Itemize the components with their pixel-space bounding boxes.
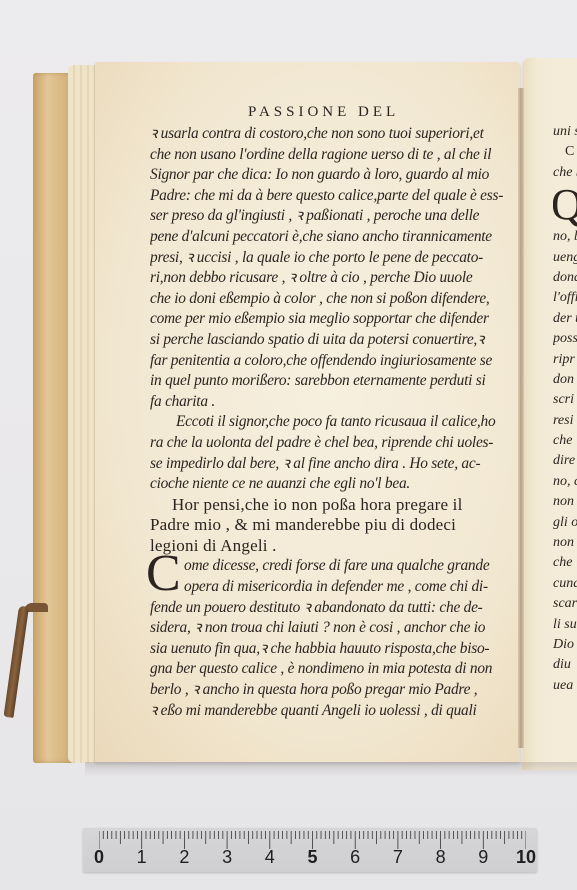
text-line: che io doni eßempio à color , che non si… — [150, 289, 510, 310]
text-line: se impedirlo dal bere, ꝛ al fine ancho d… — [150, 454, 510, 475]
text-line: ser preso da gl'ingiusti , ꝛ paßionati ,… — [150, 206, 510, 227]
text-line: uni sol — [553, 122, 577, 142]
paragraph-3-roman: Hor pensi,che io non poßa hora pregare i… — [150, 495, 510, 557]
text-line: resi — [553, 411, 577, 431]
text-line: dire — [553, 451, 577, 471]
book-gutter — [518, 88, 524, 748]
text-line: scar — [553, 594, 577, 614]
text-line: che — [553, 431, 577, 451]
text-line: non — [553, 492, 577, 512]
ruler-label: 0 — [94, 847, 104, 868]
ruler-label: 7 — [393, 847, 403, 868]
text-line: Eccoti il signor,che poco fa tanto ricus… — [150, 412, 510, 433]
text-line: l'offi — [553, 288, 577, 308]
ruler-label: 1 — [137, 847, 147, 868]
text-line: ꝛ eßo mi manderebbe quanti Angeli io uol… — [150, 701, 510, 722]
text-line: Padre: che mi da à bere questo calice,pa… — [150, 186, 510, 207]
text-line: ri,non debbo ricusare , ꝛ oltre à cio , … — [150, 268, 510, 289]
ruler-label: 10 — [516, 847, 536, 868]
text-line: der t — [553, 309, 577, 329]
text-line: li su — [553, 615, 577, 635]
text-line: berlo , ꝛ ancho in questa hora poßo preg… — [150, 680, 510, 701]
text-line: donar — [553, 268, 577, 288]
text-line: in quel punto morißero: sarebbon eternam… — [150, 371, 510, 392]
text-line: scri — [553, 390, 577, 410]
text-line: don — [553, 370, 577, 390]
text-line: pene d'alcuni peccatori è,che siano anch… — [150, 227, 510, 248]
text-line: come per mio eßempio sia meglio sopporta… — [150, 309, 510, 330]
text-line: uengo — [553, 248, 577, 268]
text-line: che non usano l'ordine della ragione uer… — [150, 145, 510, 166]
text-line: cioche niente ce ne auanzi che egli no'l… — [150, 474, 510, 495]
text-line: opera di misericordia in defender me , c… — [150, 577, 510, 598]
running-head: PASSIONE DEL — [248, 104, 448, 121]
text-line: presi, ꝛ uccisi , la quale io che porto … — [150, 248, 510, 269]
paragraph-4: C ome dicesse, credi forse di fare una q… — [150, 556, 510, 721]
text-line: si perche lasciando spatio di uita da po… — [150, 330, 510, 351]
text-line: no, bo — [553, 227, 577, 247]
text-line: gna ber questo calice , è nondimeno in m… — [150, 659, 510, 680]
ruler-label: 9 — [478, 847, 488, 868]
ruler-label: 4 — [265, 847, 275, 868]
text-line: ꝛ usarla contra di costoro,che non sono … — [150, 124, 510, 145]
text-line: sidera, ꝛ non troua chi laiuti ? non è c… — [150, 618, 510, 639]
drop-cap: C — [146, 552, 180, 596]
text-line: C — [553, 142, 577, 162]
book-shadow — [85, 762, 577, 776]
text-line: diu — [553, 655, 577, 675]
text-line: sia uenuto fin qua,ꝛ che habbia hauuto r… — [150, 639, 510, 660]
text-line: legioni di Angeli . — [150, 536, 510, 557]
text-line: che — [553, 553, 577, 573]
text-line: uea — [553, 676, 577, 696]
text-line: non — [553, 533, 577, 553]
right-drop-cap: Q — [553, 183, 577, 227]
text-line: Signor par che dica: Io non guardo à lor… — [150, 165, 510, 186]
ruler-label: 8 — [436, 847, 446, 868]
paragraph-1: ꝛ usarla contra di costoro,che non sono … — [150, 124, 510, 412]
text-line: poss — [553, 329, 577, 349]
leather-tie — [4, 606, 29, 718]
text-line: fende un pouero destituto ꝛ abandonato d… — [150, 598, 510, 619]
right-page-text: uni solCche b Q no, bouengodonarl'offide… — [553, 122, 577, 696]
text-line: ripr — [553, 350, 577, 370]
left-page-text: ꝛ usarla contra di costoro,che non sono … — [150, 124, 510, 721]
ruler-label: 5 — [307, 847, 317, 868]
ruler-label: 2 — [179, 847, 189, 868]
text-line: no, c — [553, 472, 577, 492]
text-line: ra che la uolonta del padre è chel bea, … — [150, 433, 510, 454]
ruler-label: 3 — [222, 847, 232, 868]
text-line: Hor pensi,che io non poßa hora pregare i… — [150, 495, 510, 516]
text-line: Dio — [553, 635, 577, 655]
ruler-label: 6 — [350, 847, 360, 868]
scale-ruler: 012345678910 — [83, 828, 537, 872]
text-line: fa charita . — [150, 392, 510, 413]
text-line: cuna — [553, 574, 577, 594]
text-line: ome dicesse, credi forse di fare una qua… — [150, 556, 510, 577]
paragraph-2: Eccoti il signor,che poco fa tanto ricus… — [150, 412, 510, 494]
text-line: gli o — [553, 513, 577, 533]
text-line: far penitentia a coloro,che offendendo i… — [150, 351, 510, 372]
ruler-labels: 012345678910 — [83, 847, 537, 871]
text-line: Padre mio , & mi manderebbe piu di dodec… — [150, 515, 510, 536]
